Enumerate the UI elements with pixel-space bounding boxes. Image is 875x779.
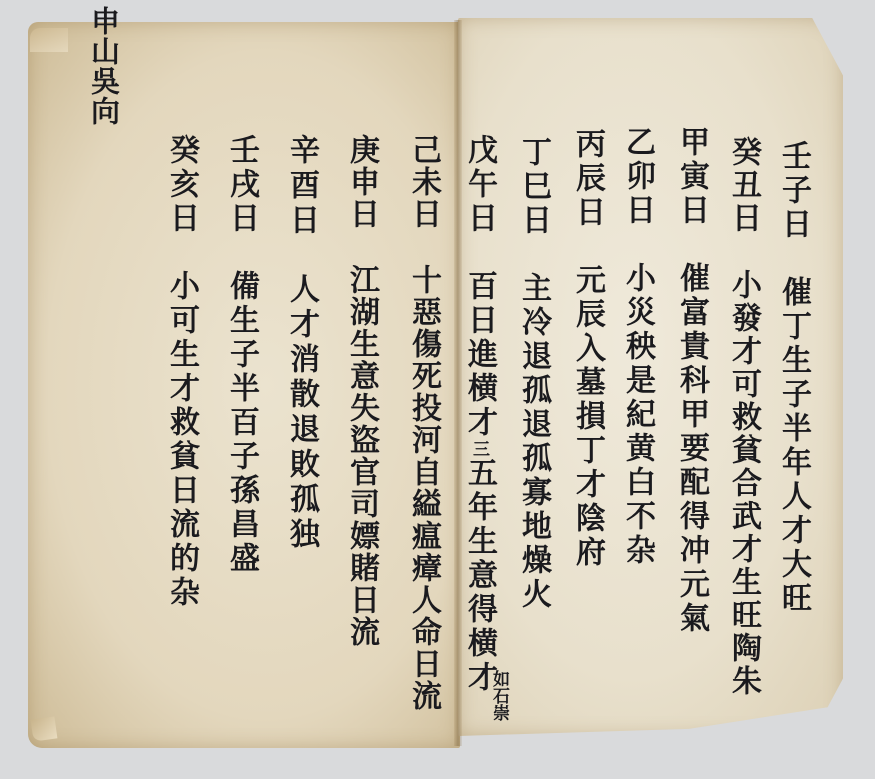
entry-day: 壬子日 [778,140,808,242]
entry-day: 癸亥日 [166,134,196,236]
entry-dingsi: 丁巳日主冷退孤退孤寡地燥火 [518,136,548,612]
entry-guihai: 癸亥日小可生才救貧日流的杂 [166,134,196,610]
entry-xinyou: 辛酉日人才消散退敗孤独 [286,134,316,553]
entry-gengshen: 庚申日江湖生意失盜官司嫖賭日流 [346,134,376,648]
entry-day: 己未日 [408,134,438,230]
entry-text: 主冷退孤退孤寡地燥火 [516,272,551,612]
entry-jiwei: 己未日十惡傷死投河自縊瘟瘴人命日流 [408,134,438,712]
entry-renzi: 壬子日催丁生子半年人才大旺 [778,140,808,616]
entry-text: 十惡傷死投河自縊瘟瘴人命日流 [406,264,441,712]
entry-text: 江湖生意失盜官司嫖賭日流 [344,264,379,648]
entry-text: 元辰入墓損丁才陰府 [570,264,605,570]
entry-day: 辛酉日 [286,134,316,239]
entry-text: 小可生才救貧日流的杂 [164,270,199,610]
entry-text: 小發才可救貧合武才生旺陶朱 [726,269,761,698]
entry-bingchen: 丙辰日元辰入墓損丁才陰府 [572,128,602,570]
entry-day: 壬戌日 [226,134,256,236]
entry-text: 催富貴科甲要配得冲元氣 [674,262,709,636]
entry-jiayin: 甲寅日催富貴科甲要配得冲元氣 [676,126,706,636]
frayed-corner [30,28,68,52]
entry-text: 小災秧是紀黄白不杂 [620,262,655,568]
entry-day: 戊午日 [464,134,494,236]
entry-text: 催丁生子半年人才大旺 [776,276,811,616]
entry-day: 丁巳日 [518,136,548,238]
entry-small-numeral: 三 [469,440,489,457]
margin-note: 如石崇 [490,670,507,721]
entry-wuwu: 戊午日百日進横才三五年生意得横才 [464,134,494,695]
entry-text: 備生子半百子孫昌盛 [224,270,259,576]
entry-day: 癸丑日 [728,136,758,235]
section-heading: 申山吳向 [84,6,125,126]
entry-day: 庚申日 [346,134,376,230]
folded-corner [31,716,58,741]
entry-day: 甲寅日 [676,126,706,228]
entry-text: 百日進横才 [462,270,497,440]
book-spine-gutter [454,20,462,746]
entry-guichou: 癸丑日小發才可救貧合武才生旺陶朱 [728,136,758,698]
entry-day: 丙辰日 [572,128,602,230]
entry-text: 人才消散退敗孤独 [284,273,319,553]
entry-yimao: 乙卯日小災秧是紀黄白不杂 [622,126,652,568]
entry-renxu: 壬戌日備生子半百子孫昌盛 [226,134,256,576]
entry-text-continued: 五年生意得横才 [462,457,497,695]
entry-day: 乙卯日 [622,126,652,228]
